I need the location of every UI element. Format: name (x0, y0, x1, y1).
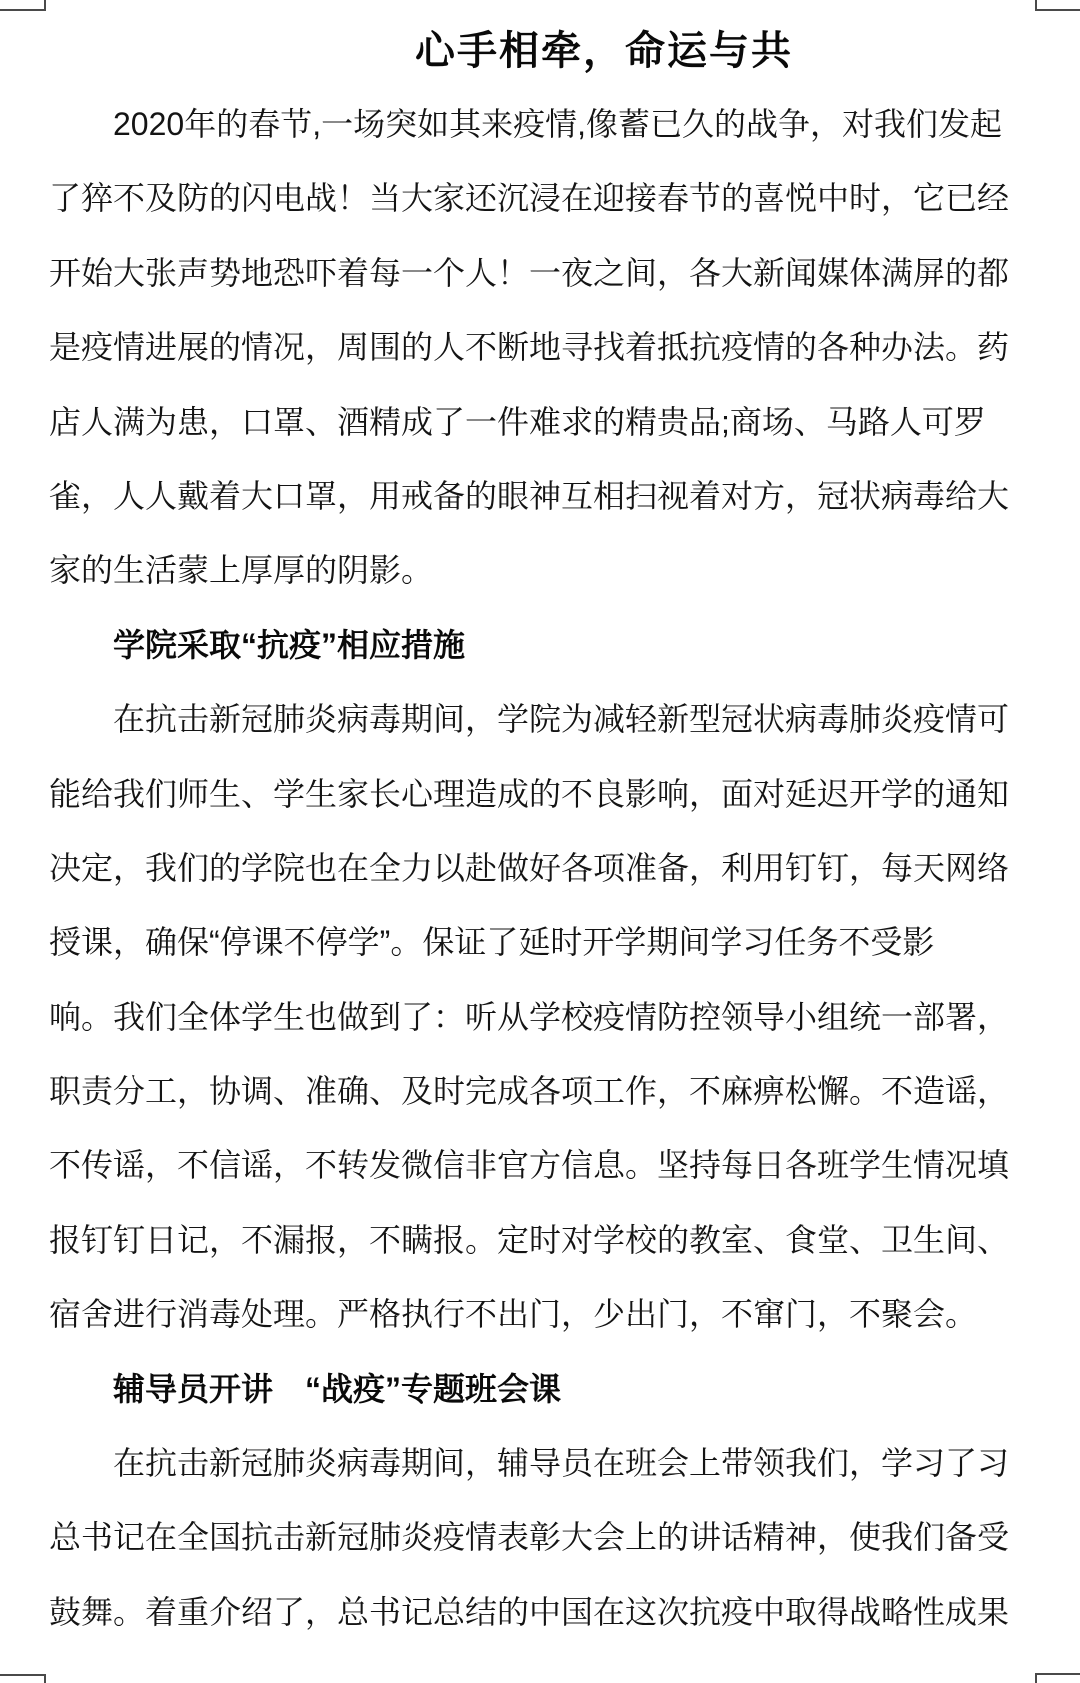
paragraph-line: 开始大张声势地恐吓着每一个人！一夜之间，各大新闻媒体满屏的都 (49, 236, 1011, 310)
paragraph-line: 店人满为患，口罩、酒精成了一件难求的精贵品;商场、马路人可罗 (49, 385, 1011, 459)
paragraph-line: 报钉钉日记，不漏报，不瞒报。定时对学校的教室、食堂、卫生间、 (49, 1203, 1011, 1277)
paragraph-line: 雀，人人戴着大口罩，用戒备的眼神互相扫视着对方，冠状病毒给大 (49, 459, 1011, 533)
paragraph-line: 在抗击新冠肺炎病毒期间，辅导员在班会上带领我们，学习了习 (49, 1426, 1011, 1500)
crop-mark-top-right (1035, 0, 1080, 11)
paragraph-college-measures: 在抗击新冠肺炎病毒期间，学院为减轻新型冠状病毒肺炎疫情可 能给我们师生、学生家长… (49, 682, 1011, 1352)
crop-mark-top-left (0, 0, 46, 11)
paragraph-line: 在抗击新冠肺炎病毒期间，学院为减轻新型冠状病毒肺炎疫情可 (49, 682, 1011, 756)
section-heading-college-measures: 学院采取“抗疫”相应措施 (49, 608, 1011, 682)
paragraph-line: 宿舍进行消毒处理。严格执行不出门，少出门，不窜门，不聚会。 (49, 1277, 1011, 1351)
paragraph-line: 家的生活蒙上厚厚的阴影。 (49, 533, 1011, 607)
paragraph-line: 了猝不及防的闪电战！当大家还沉浸在迎接春节的喜悦中时，它已经 (49, 161, 1011, 235)
crop-mark-bottom-left (0, 1674, 46, 1683)
section-heading-class-meeting: 辅导员开讲 “战疫”专题班会课 (49, 1352, 1011, 1426)
paragraph-class-meeting: 在抗击新冠肺炎病毒期间，辅导员在班会上带领我们，学习了习 总书记在全国抗击新冠肺… (49, 1426, 1011, 1649)
paragraph-line: 能给我们师生、学生家长心理造成的不良影响，面对延迟开学的通知 (49, 757, 1011, 831)
paragraph-line: 决定，我们的学院也在全力以赴做好各项准备，利用钉钉，每天网络 (49, 831, 1011, 905)
document-body: 2020年的春节,一场突如其来疫情,像蓄已久的战争，对我们发起 了猝不及防的闪电… (49, 87, 1011, 1649)
paragraph-line: 授课，确保“停课不停学”。保证了延时开学期间学习任务不受影 (49, 905, 1011, 979)
document-title: 心手相牵，命运与共 (415, 16, 793, 86)
paragraph-intro: 2020年的春节,一场突如其来疫情,像蓄已久的战争，对我们发起 了猝不及防的闪电… (49, 87, 1011, 608)
paragraph-line: 2020年的春节,一场突如其来疫情,像蓄已久的战争，对我们发起 (49, 87, 1011, 161)
paragraph-line: 响。我们全体学生也做到了：听从学校疫情防控领导小组统一部署， (49, 980, 1011, 1054)
paragraph-line: 职责分工，协调、准确、及时完成各项工作，不麻痹松懈。不造谣， (49, 1054, 1011, 1128)
paragraph-line: 不传谣，不信谣，不转发微信非官方信息。坚持每日各班学生情况填 (49, 1128, 1011, 1202)
crop-mark-bottom-right (1035, 1673, 1080, 1683)
paragraph-line: 是疫情进展的情况，周围的人不断地寻找着抵抗疫情的各种办法。药 (49, 310, 1011, 384)
paragraph-line: 鼓舞。着重介绍了，总书记总结的中国在这次抗疫中取得战略性成果 (49, 1575, 1011, 1649)
paragraph-line: 总书记在全国抗击新冠肺炎疫情表彰大会上的讲话精神，使我们备受 (49, 1500, 1011, 1574)
